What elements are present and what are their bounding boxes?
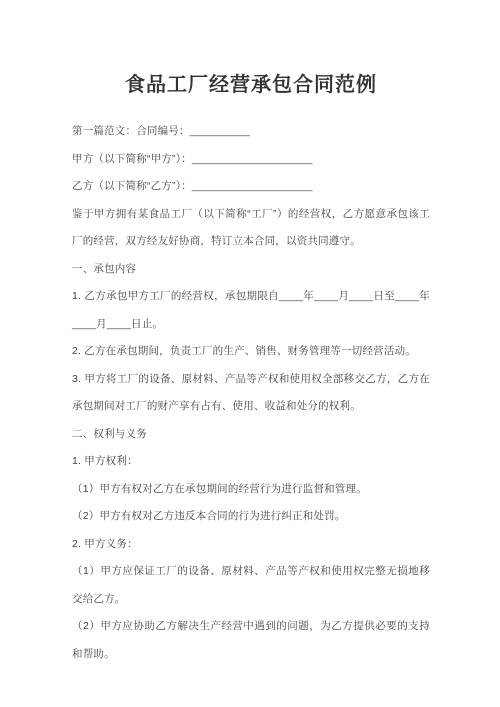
clause-party-a-rights-item-2: （2）甲方有权对乙方违反本合同的行为进行纠正和处罚。 [72, 503, 430, 531]
section-heading-contract-content: 一、承包内容 [72, 256, 430, 284]
contract-document-page: 食品工厂经营承包合同范例 第一篇范文：合同编号：__________ 甲方（以下… [0, 0, 500, 707]
clause-party-a-obligations-item-1: （1）甲方应保证工厂的设备、原材料、产品等产权和使用权完整无损地移交给乙方。 [72, 558, 430, 613]
clause-contract-term: 1. 乙方承包甲方工厂的经营权，承包期限自____年____月____日至___… [72, 283, 430, 338]
document-title: 食品工厂经营承包合同范例 [72, 70, 430, 100]
clause-party-a-rights-item-1: （1）甲方有权对乙方在承包期间的经营行为进行监督和管理。 [72, 476, 430, 504]
paragraph-party-a: 甲方（以下简称“甲方”）：____________________ [72, 146, 430, 174]
paragraph-contract-number: 第一篇范文：合同编号：__________ [72, 118, 430, 146]
clause-operation-responsibility: 2. 乙方在承包期间，负责工厂的生产、销售、财务管理等一切经营活动。 [72, 338, 430, 366]
paragraph-party-b: 乙方（以下简称“乙方”）：____________________ [72, 173, 430, 201]
section-heading-rights-obligations: 二、权利与义务 [72, 421, 430, 449]
clause-party-a-rights-title: 1. 甲方权利： [72, 448, 430, 476]
paragraph-preamble: 鉴于甲方拥有某食品工厂（以下简称“工厂”）的经营权，乙方愿意承包该工厂的经营，双… [72, 201, 430, 256]
clause-party-a-obligations-title: 2. 甲方义务： [72, 531, 430, 559]
clause-property-transfer: 3. 甲方将工厂的设备、原材料、产品等产权和使用权全部移交乙方，乙方在承包期间对… [72, 366, 430, 421]
clause-party-a-obligations-item-2: （2）甲方应协助乙方解决生产经营中遇到的问题，为乙方提供必要的支持和帮助。 [72, 613, 430, 668]
